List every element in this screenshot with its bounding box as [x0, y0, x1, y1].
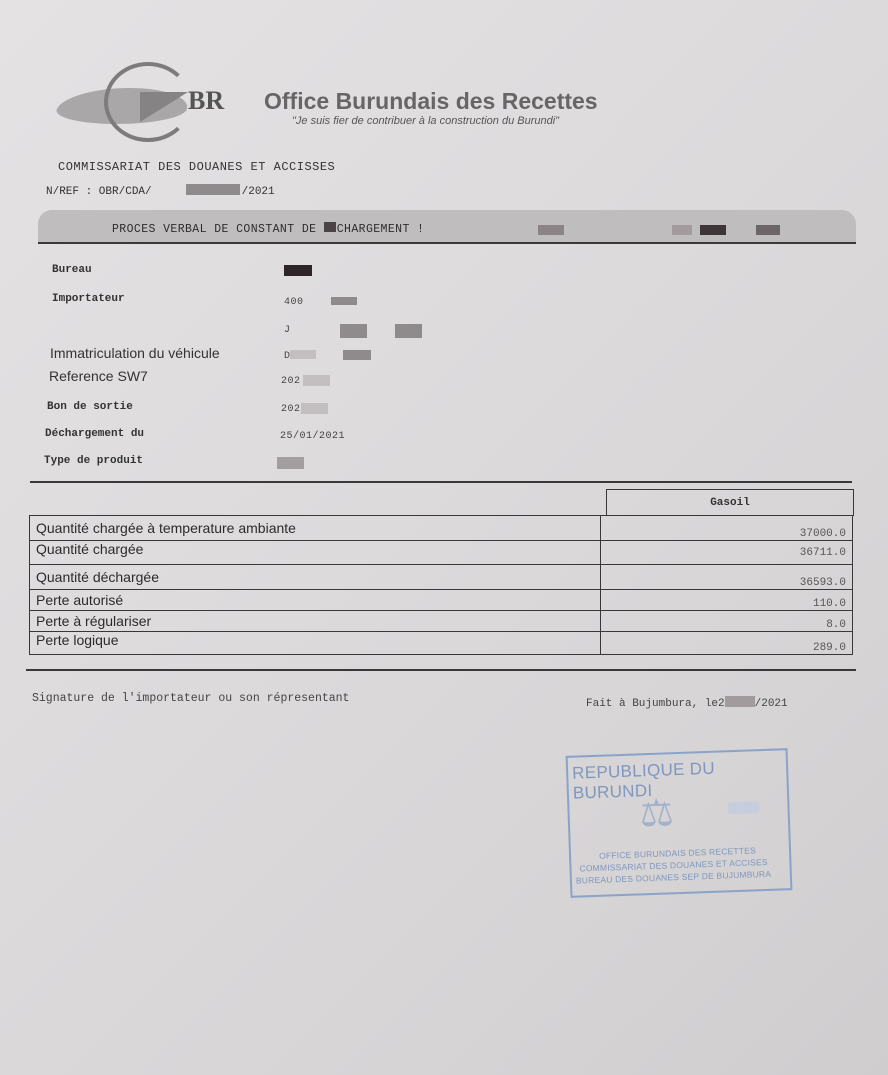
quantities-table: Quantité chargée à temperature ambiante …: [29, 515, 853, 655]
department: COMMISSARIAT DES DOUANES ET ACCISSES: [58, 160, 335, 174]
row-label: Quantité chargée: [30, 541, 601, 565]
field-label-reference-sw7: Reference SW7: [49, 368, 148, 384]
coat-of-arms-icon: ⚖: [639, 790, 675, 836]
reference-prefix: N/REF : OBR/CDA/: [46, 186, 152, 198]
redacted-block: [395, 324, 422, 338]
banner-underline: [38, 242, 856, 244]
reference-suffix: /2021: [242, 186, 275, 198]
redacted-block: [756, 225, 780, 235]
redacted-block: [343, 350, 371, 360]
separator-line: [26, 669, 856, 671]
redacted-block: [290, 350, 316, 359]
table-row: Quantité chargée à temperature ambiante …: [30, 516, 853, 541]
row-value: 36593.0: [600, 565, 852, 590]
field-value-bon-de-sortie: 202: [281, 404, 301, 415]
redacted-block: [727, 801, 759, 814]
table-row: Perte logique 289.0: [30, 632, 853, 655]
row-value: 110.0: [600, 590, 852, 611]
row-label: Quantité déchargée: [30, 565, 601, 590]
row-label: Quantité chargée à temperature ambiante: [30, 516, 601, 541]
field-label-type-produit: Type de produit: [44, 455, 143, 467]
row-label: Perte logique: [30, 632, 601, 655]
row-label: Perte à régulariser: [30, 611, 601, 632]
field-value-importateur: 400: [284, 297, 304, 308]
motto: "Je suis fier de contribuer à la constru…: [292, 115, 559, 127]
document-title-end: CHARGEMENT !: [337, 223, 425, 236]
row-value: 36711.0: [600, 541, 852, 565]
place-date-prefix: Fait à Bujumbura, le2: [586, 698, 725, 710]
logo-wedge: [140, 92, 188, 122]
redacted-block: [340, 324, 367, 338]
signature-label: Signature de l'importateur ou son répres…: [32, 692, 349, 705]
redacted-block: [324, 222, 336, 232]
table-row: Perte à régulariser 8.0: [30, 611, 853, 632]
redacted-block: [700, 225, 726, 235]
row-label: Perte autorisé: [30, 590, 601, 611]
table-row: Quantité déchargée 36593.0: [30, 565, 853, 590]
redacted-block: [303, 375, 330, 386]
separator-line: [30, 481, 852, 483]
stamp-title: REPUBLIQUE DU BURUNDI: [572, 756, 787, 803]
row-value: 37000.0: [600, 516, 852, 541]
redacted-block: [186, 184, 240, 195]
redacted-block: [284, 265, 312, 276]
row-value: 8.0: [600, 611, 852, 632]
row-value: 289.0: [600, 632, 852, 655]
document-title-start: PROCES VERBAL DE CONSTANT DE: [112, 223, 324, 236]
table-row: Perte autorisé 110.0: [30, 590, 853, 611]
reference: N/REF : OBR/CDA//2021: [46, 184, 275, 198]
field-label-importateur: Importateur: [52, 293, 125, 305]
logo-text: BR: [188, 86, 224, 116]
table-row: Quantité chargée 36711.0: [30, 541, 853, 565]
document-title: PROCES VERBAL DE CONSTANT DE CHARGEMENT …: [112, 222, 424, 236]
field-value-importateur-name: J: [284, 325, 291, 336]
place-date-suffix: /2021: [755, 698, 788, 710]
redacted-block: [672, 225, 692, 235]
official-stamp: REPUBLIQUE DU BURUNDI ⚖ OFFICE BURUNDAIS…: [566, 748, 793, 898]
field-label-dechargement: Déchargement du: [45, 428, 144, 440]
field-value-dechargement: 25/01/2021: [280, 431, 345, 442]
redacted-block: [725, 696, 755, 707]
org-name: Office Burundais des Recettes: [264, 88, 598, 115]
redacted-block: [301, 403, 328, 414]
redacted-block: [331, 297, 357, 305]
field-label-bureau: Bureau: [52, 264, 92, 276]
field-value-reference-sw7: 202: [281, 376, 301, 387]
redacted-block: [277, 457, 304, 469]
field-label-immatriculation: Immatriculation du véhicule: [50, 345, 220, 361]
place-date: Fait à Bujumbura, le2/2021: [586, 696, 788, 710]
column-header-gasoil: Gasoil: [606, 489, 854, 516]
redacted-block: [538, 225, 564, 235]
field-label-bon-de-sortie: Bon de sortie: [47, 401, 133, 413]
